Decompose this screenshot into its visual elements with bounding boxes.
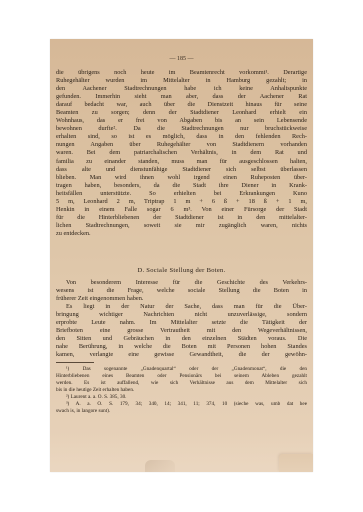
text-line: Ruhegehälter wurden im Mittelalter in Ha… (56, 77, 307, 85)
text-line: Briefboten eine grosse Vertrautheit mit … (56, 327, 307, 335)
text-line: darauf bedacht war, auch über die Dienst… (56, 101, 307, 109)
text-line: kamen, verlangte eine gewisse Gewandthei… (56, 351, 307, 359)
section-heading: D. Sociale Stellung der Boten. (50, 267, 313, 274)
text-line: bewohnen durfte². Da die Stadtrechnungen… (56, 125, 307, 133)
text-line: Von besonderem Interesse für die Geschic… (56, 279, 307, 287)
text-line: familia zu einander standen, muss man fü… (56, 158, 307, 166)
text-line: nungen Angaben über Ruhegehälter von Sta… (56, 141, 307, 149)
text-line: Hinterbliebenen eines Beamten oder Pensi… (56, 373, 307, 380)
text-line: dass alte und dienstunfähige Stadtdiener… (56, 166, 307, 174)
text-line: Henkin in einem Falle sogar 6 m³. Von ei… (56, 206, 307, 214)
text-line: erhalten sind, so ist es möglich, dass i… (56, 133, 307, 141)
text-line: ¹) Das sogenannte „Gnadenquartal“ oder d… (56, 366, 307, 373)
text-line: den Aachener Stadtrechnungen habe ich ke… (56, 85, 307, 93)
text-line: Beamten zu sorgen; denn der Stadtdiener … (56, 109, 307, 117)
text-line: bis in die heutige Zeit erhalten haben. (56, 387, 307, 394)
text-line: für die Hinterbliebenen der Stadtdiener … (56, 214, 307, 222)
text-line: ²) Laurent a. a. O. S. 385, 30. (56, 394, 307, 401)
text-line: früherer Zeit eingenommen haben. (56, 295, 307, 303)
text-line: lichen Stadtrechnungen, soweit sie mir z… (56, 222, 307, 230)
text-line: ³) A. a. O. S. 179, 34; 340, 14; 341, 11… (56, 401, 307, 408)
text-line: gefunden. Immerhin sieht man aber, dass … (56, 93, 307, 101)
text-line: die übrigens noch heute im Beamtenrecht … (56, 69, 307, 77)
text-line: Wohnhaus, das er frei von Abgaben bis an… (56, 117, 307, 125)
page-corner-fold (279, 454, 313, 472)
text-line: nahe Berührung, in welche die Boten mit … (56, 343, 307, 351)
text-line: werden. Es ist auffallend, wie sich Verh… (56, 380, 307, 387)
text-line: Es liegt in der Natur der Sache, dass ma… (56, 303, 307, 311)
text-line: den Sitten und Gebräuchen in den einzeln… (56, 335, 307, 343)
text-line: bringung wichtiger Nachrichten nicht unz… (56, 311, 307, 319)
text-line: zu entdecken. (56, 230, 307, 238)
footnote-divider (56, 362, 94, 363)
section-body: Von besonderem Interesse für die Geschic… (56, 279, 307, 359)
page-number: — 185 — (50, 56, 313, 62)
text-line: wesens ist die Frage, welche sociale Ste… (56, 287, 307, 295)
text-line: tragen haben, besonders, da die Stadt ih… (56, 182, 307, 190)
scanned-book-page: — 185 — die übrigens noch heute im Beamt… (50, 39, 313, 472)
text-line: heitsfällen unterstützte. So erhielten b… (56, 190, 307, 198)
text-line: 5 m, Leonhard 2 m, Triptrap 1 m + 6 ß + … (56, 198, 307, 206)
text-line: waren. Bei dem patriarchalischen Verhält… (56, 149, 307, 157)
text-line: blieben. Man wird ihnen wohl irgend eine… (56, 174, 307, 182)
page-shadow (145, 460, 175, 472)
footnotes: ¹) Das sogenannte „Gnadenquartal“ oder d… (56, 366, 307, 415)
text-line: swach is, in langore sunt). (56, 408, 307, 415)
paragraph-1: die übrigens noch heute im Beamtenrecht … (56, 69, 307, 238)
text-line: erprobte Leute nahm. Im Mittelalter setz… (56, 319, 307, 327)
